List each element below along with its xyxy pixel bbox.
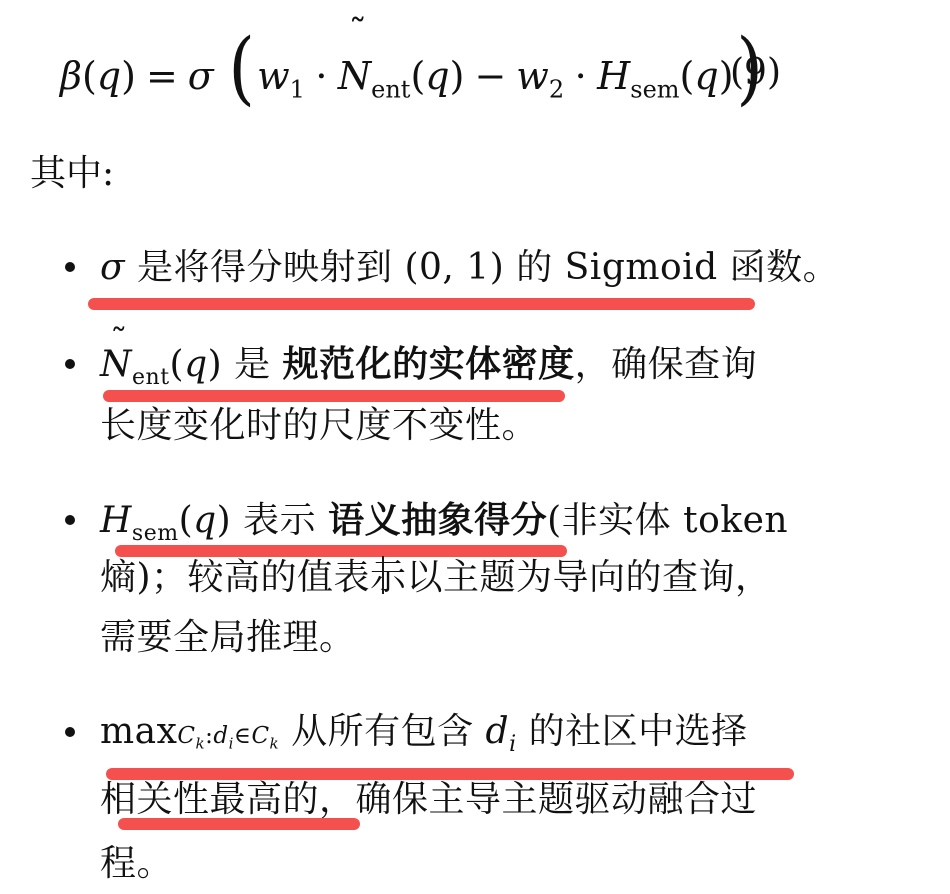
equation-number: (9) [730, 52, 781, 93]
math-H: H [100, 500, 132, 541]
red-underline-annotation [118, 818, 360, 830]
math-N-tilde: ˜N [338, 34, 371, 118]
text-caret [382, 556, 384, 594]
bullet3-line1[interactable]: Hsem(q) 表示 语义抽象得分(非实体 token [100, 498, 788, 543]
red-underline-annotation [106, 768, 794, 780]
bullet2-line2[interactable]: 长度变化时的尺度不变性。 [100, 404, 538, 448]
bullet-marker [65, 262, 75, 272]
cdot: ⋅ [574, 54, 587, 98]
bullet-marker [65, 515, 75, 525]
bullet3-line2[interactable]: 熵)；较高的值表示以主题为导向的查询， [100, 556, 772, 600]
intro-label[interactable]: 其中: [30, 145, 114, 196]
bullet-marker [65, 727, 75, 737]
bullet3-line3[interactable]: 需要全局推理。 [100, 616, 356, 660]
cdot: ⋅ [315, 54, 328, 98]
bullet2-line1[interactable]: ˜Nent(q) 是 规范化的实体密度，确保查询 [100, 342, 757, 387]
red-underline-annotation [115, 545, 567, 557]
equation-9[interactable]: β(q)=σ (w1⋅˜Nent(q)−w2⋅Hsem(q)) [60, 34, 765, 118]
math-beta: β [60, 54, 82, 98]
red-underline-annotation [88, 298, 755, 310]
bullet4-line1[interactable]: maxCk:di∈Ck 从所有包含 di 的社区中选择 [100, 710, 748, 754]
element-of-symbol: ∈ [234, 723, 252, 749]
bullet4-line3[interactable]: 程。 [100, 842, 173, 886]
bold-phrase-normalized-entity-density: 规范化的实体密度 [283, 343, 575, 385]
math-N-tilde: ˜N [100, 343, 132, 387]
bullet1-line1[interactable]: σ 是将得分映射到 (0, 1) 的 Sigmoid 函数。 [100, 246, 839, 290]
math-H: H [597, 54, 630, 98]
math-max-operator: max [100, 711, 177, 752]
bullet4-line2[interactable]: 相关性最高的，确保主导主题驱动融合过 [100, 778, 757, 822]
document-page: β(q)=σ (w1⋅˜Nent(q)−w2⋅Hsem(q)) (9) 其中: … [0, 0, 950, 894]
equals-sign: = [146, 54, 178, 98]
math-d-i: d [486, 711, 510, 752]
math-sigma: σ [188, 54, 214, 98]
bullet-marker [65, 359, 75, 369]
minus-sign: − [474, 54, 506, 98]
math-sigma: σ [100, 247, 125, 288]
bold-phrase-semantic-abstraction-score: 语义抽象得分 [328, 499, 547, 541]
red-underline-annotation [103, 390, 565, 402]
max-subscript: Ck:di∈Ck [177, 723, 279, 749]
